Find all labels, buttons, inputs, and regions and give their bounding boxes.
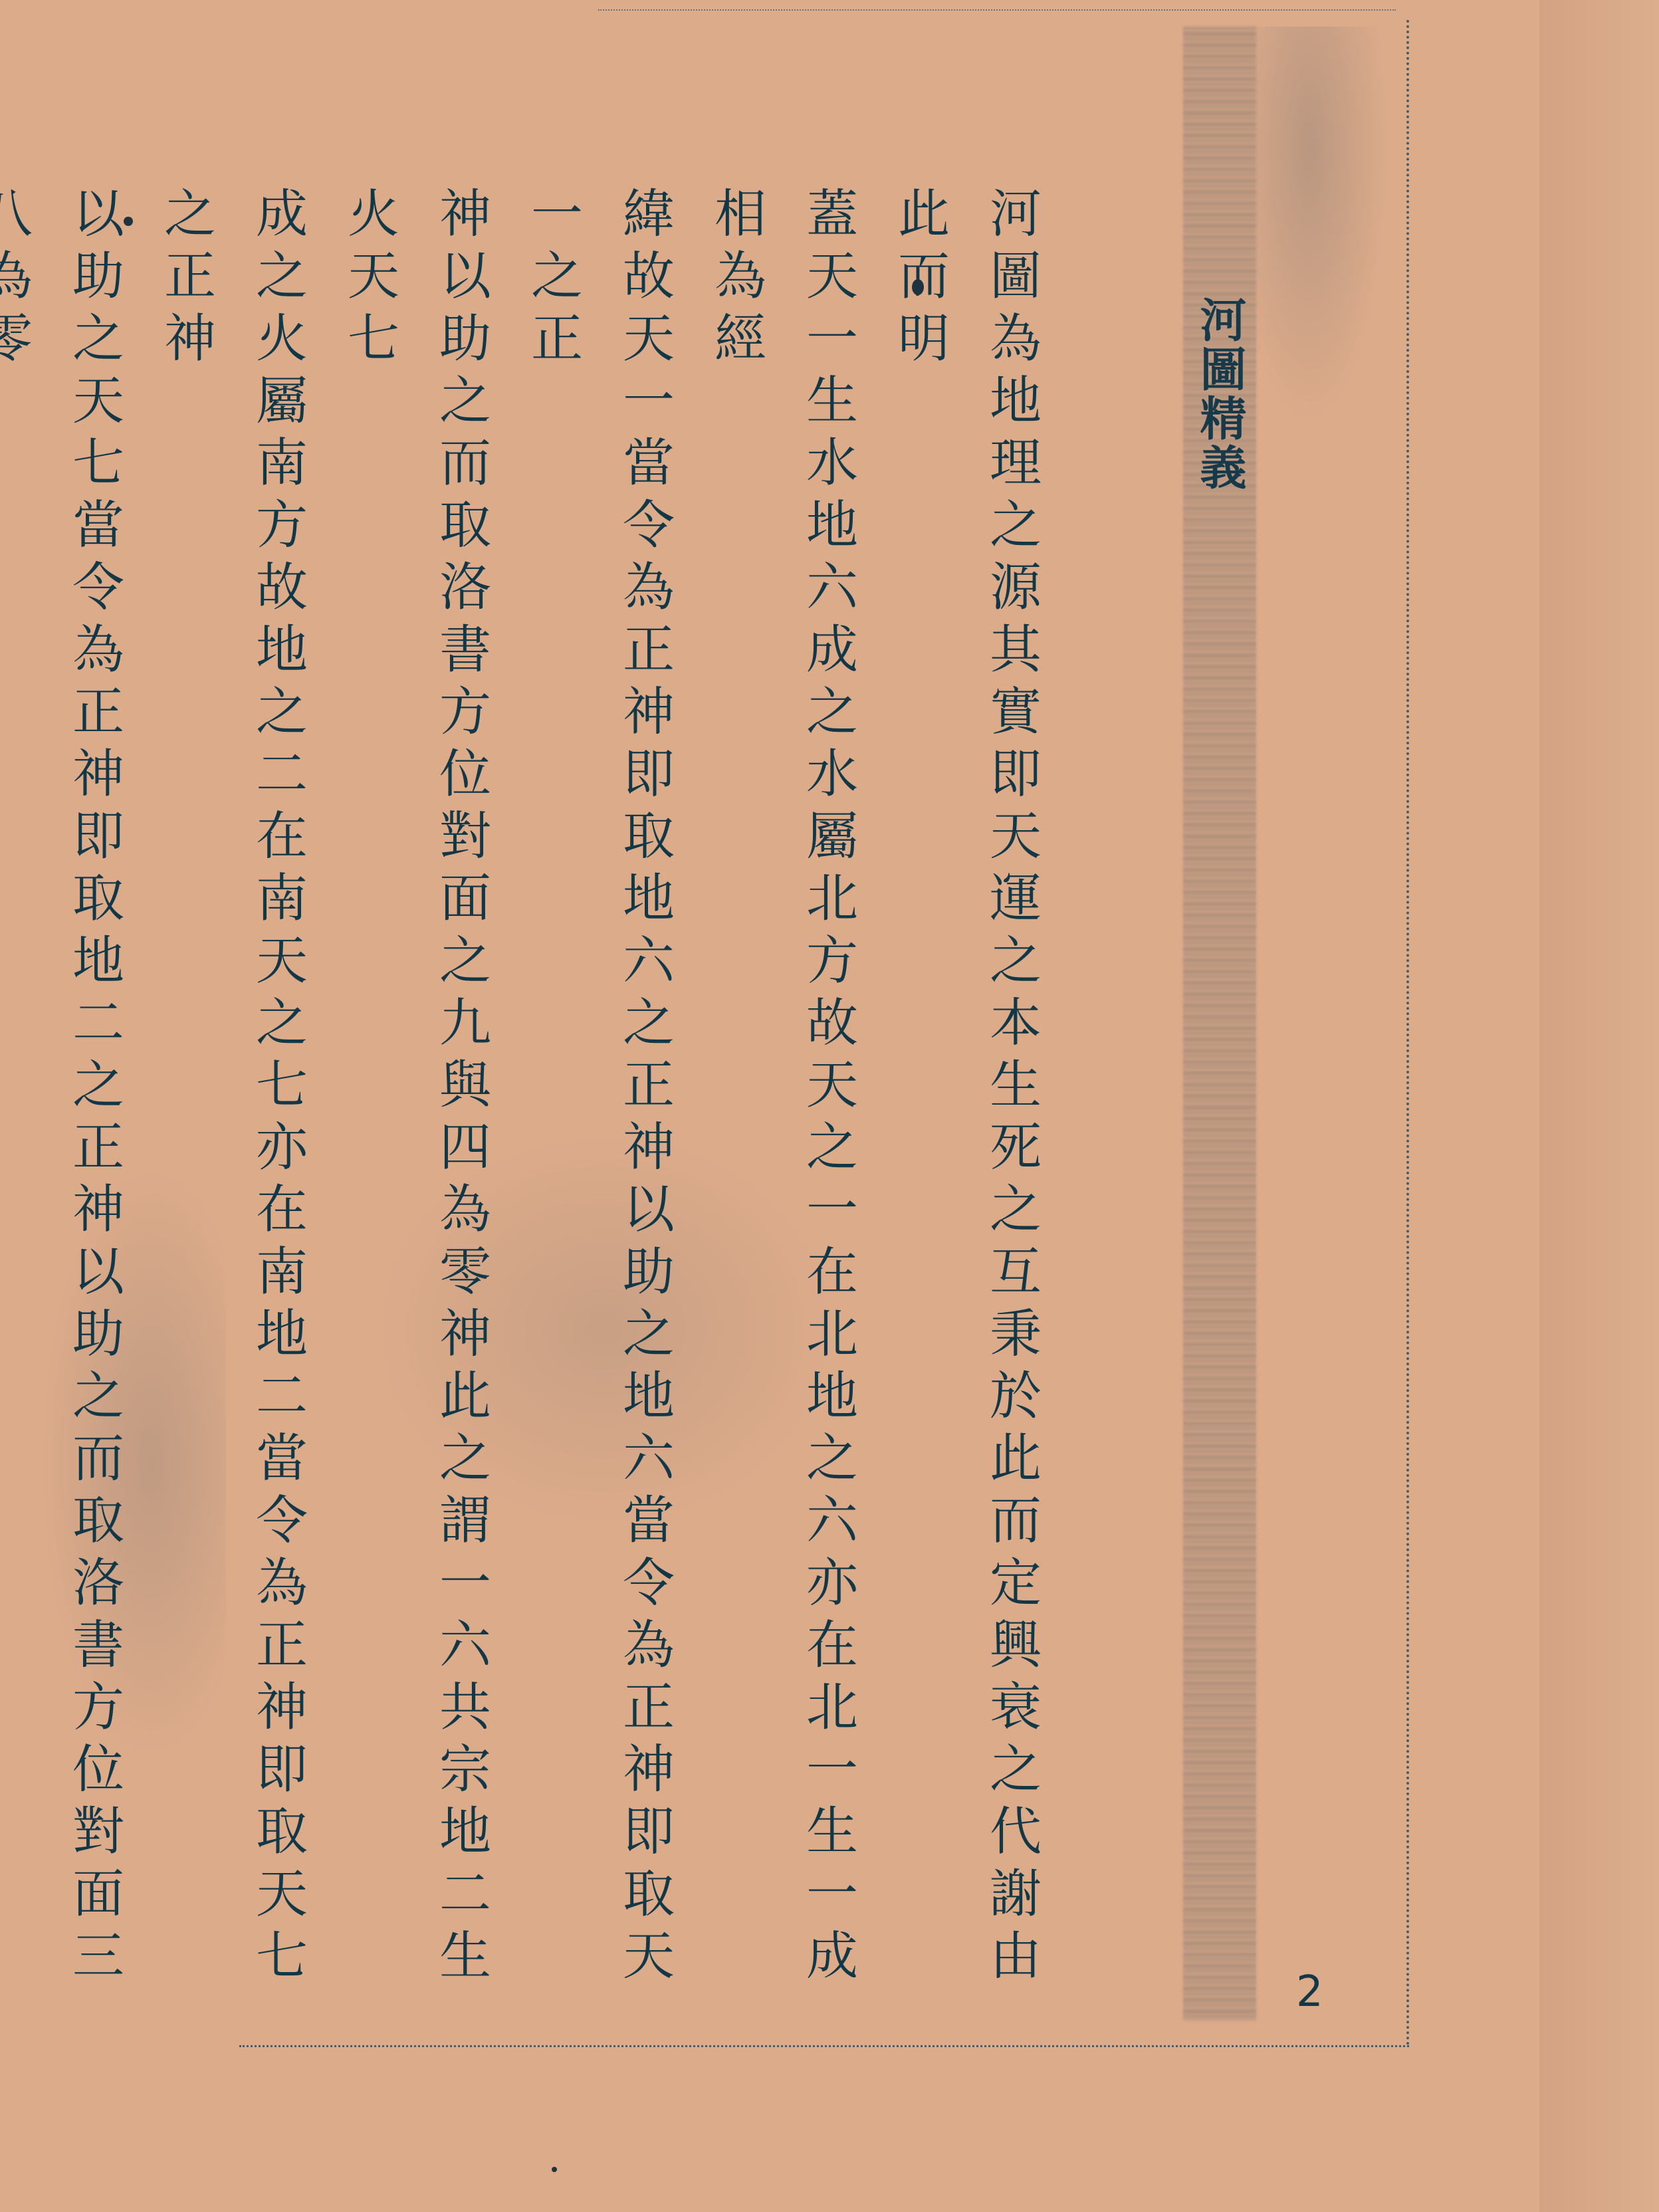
text-column: 緯故天一當令為正神即取地六之正神以助之地六當令為正神即取天一之正 bbox=[506, 186, 690, 2021]
text-column: 蓋天一生水地六成之水屬北方故天之一在北地之六亦在北一生一成相為經 bbox=[690, 186, 873, 2021]
body-text: 河圖為地理之源其實即天運之本生死之互秉於此而定興衰之代謝由此而明 蓋天一生水地六… bbox=[0, 186, 1057, 2021]
text-column: 神以助之而取洛書方位對面之九與四為零神此之謂一六共宗地二生火天七 bbox=[323, 186, 506, 2021]
ink-spot bbox=[124, 217, 133, 226]
page-title: 河圖精義 bbox=[1193, 296, 1246, 493]
text-column: 以助之天七當令為正神即取地二之正神以助之而取洛書方位對面三八為零 bbox=[0, 186, 140, 2021]
frame-top-border bbox=[598, 9, 1396, 12]
ink-spot bbox=[912, 279, 924, 295]
text-column: 河圖為地理之源其實即天運之本生死之互秉於此而定興衰之代謝由此而明 bbox=[873, 186, 1057, 2021]
text-column: 成之火屬南方故地之二在南天之七亦在南地二當令為正神即取天七之正神 bbox=[140, 186, 323, 2021]
page-number: 2 bbox=[1296, 1967, 1323, 2017]
ink-spot bbox=[552, 2167, 557, 2172]
background-surface bbox=[1539, 0, 1659, 2212]
document-page: 河圖精義 河圖為地理之源其實即天運之本生死之互秉於此而定興衰之代謝由此而明 蓋天… bbox=[0, 0, 1569, 2212]
